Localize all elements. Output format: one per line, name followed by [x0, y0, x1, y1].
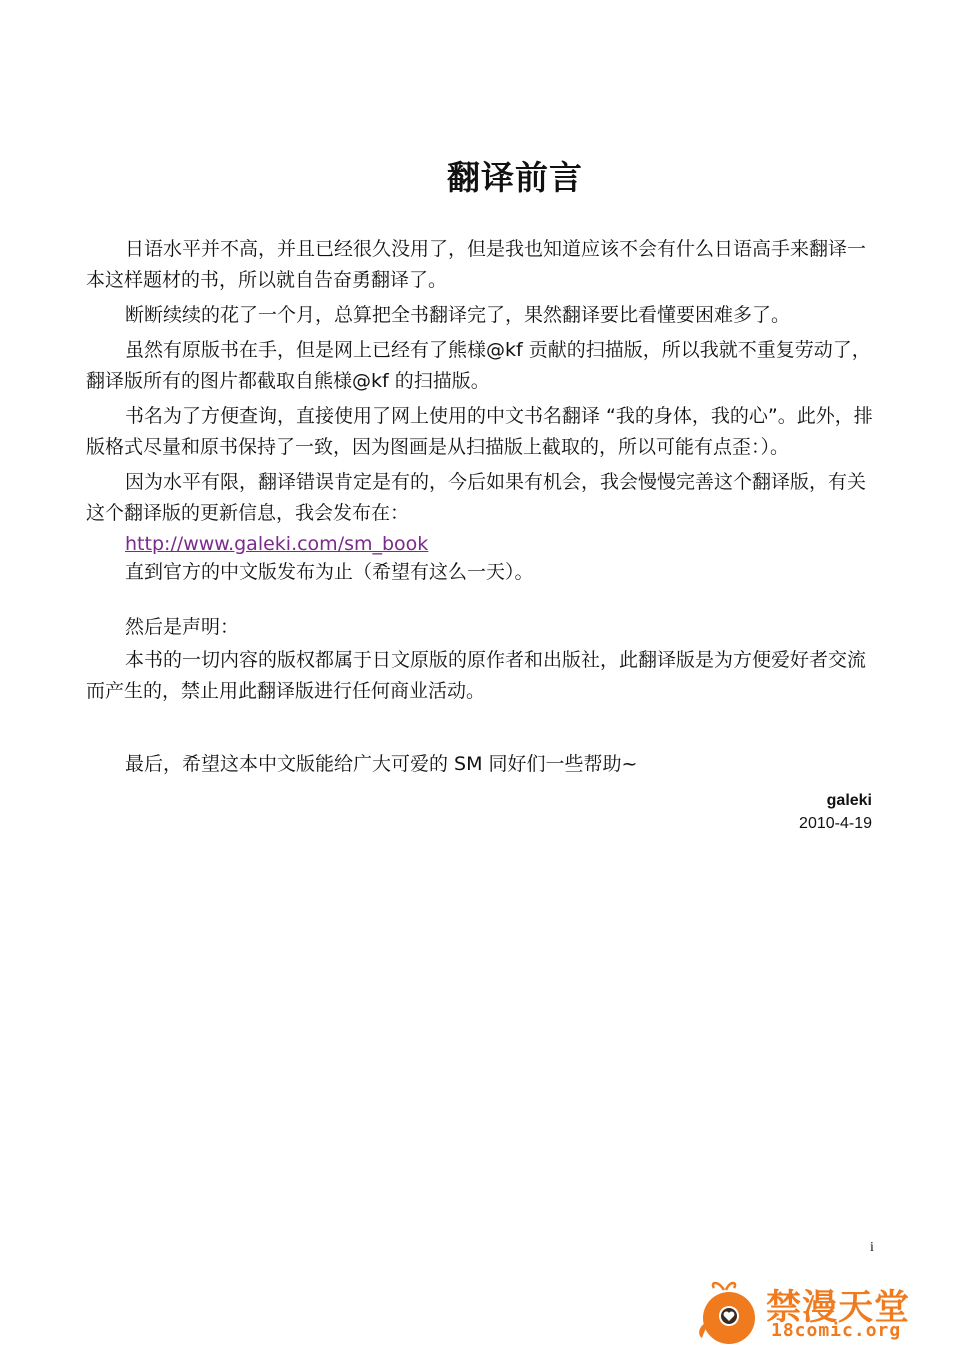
paragraph-4: 书名为了方便查询，直接使用了网上使用的中文书名翻译 “我的身体，我的心”。此外，… [86, 401, 876, 463]
page-number: i [870, 1240, 874, 1256]
signature: galeki 2010-4-19 [799, 792, 872, 833]
paragraph-1: 日语水平并不高，并且已经很久没用了，但是我也知道应该不会有什么日语高手来翻译一本… [86, 234, 876, 296]
signature-name: galeki [799, 792, 872, 810]
watermark-logo: 禁漫天堂 18comic.org [696, 1276, 926, 1352]
paragraph-3: 虽然有原版书在手，但是网上已经有了熊様@kf 贡献的扫描版，所以我就不重复劳动了… [86, 335, 876, 397]
paragraph-5: 因为水平有限，翻译错误肯定是有的，今后如果有机会，我会慢慢完善这个翻译版，有关这… [86, 467, 876, 529]
signature-date: 2010-4-19 [799, 815, 872, 833]
declaration-paragraph: 本书的一切内容的版权都属于日文原版的原作者和出版社，此翻译版是为方便爱好者交流而… [86, 645, 876, 707]
closing-text: 最后，希望这本中文版能给广大可爱的 SM 同好们一些帮助~ [86, 749, 876, 780]
declaration-heading: 然后是声明： [86, 612, 876, 643]
body-text: 日语水平并不高，并且已经很久没用了，但是我也知道应该不会有什么日语高手来翻译一本… [86, 234, 876, 780]
paragraph-2: 断断续续的花了一个月，总算把全书翻译完了，果然翻译要比看懂要困难多了。 [86, 300, 876, 331]
whale-mascot-icon [696, 1276, 764, 1348]
after-link-text: 直到官方的中文版发布为止（希望有这么一天）。 [86, 557, 876, 588]
page-title: 翻译前言 [0, 152, 960, 199]
update-link[interactable]: http://www.galeki.com/sm_book [125, 533, 428, 555]
watermark-domain: 18comic.org [771, 1320, 901, 1341]
